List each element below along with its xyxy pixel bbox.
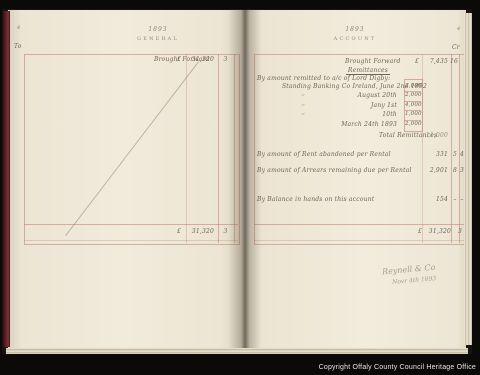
right-brought-forward-label: Brought Forward bbox=[345, 58, 401, 65]
ledger-book: 4 To 1893 GENERAL Brought Forward £ 31,3… bbox=[2, 9, 472, 354]
ledger-entry-pounds: 2,901 bbox=[420, 167, 448, 174]
right-total-currency: £ bbox=[418, 228, 422, 235]
agent-signature: Reynell & Co bbox=[382, 263, 436, 277]
right-folio-number: 4 bbox=[457, 26, 460, 32]
ditto-mark: 〃 bbox=[300, 93, 305, 99]
right-total-rule bbox=[254, 224, 465, 225]
total-remittances-amount: 11,000 bbox=[420, 132, 448, 139]
right-total-shillings: 3 bbox=[456, 228, 464, 235]
left-total-rule bbox=[24, 224, 238, 225]
ditto-mark: 〃 bbox=[300, 112, 305, 118]
left-brought-forward-currency: £ bbox=[177, 56, 181, 63]
remittance-entry-amount: 4,000 bbox=[405, 102, 419, 109]
right-brought-forward-shillings: 16 bbox=[449, 58, 459, 65]
left-total-pounds: 31,320 bbox=[184, 228, 214, 235]
remittance-entry-label: Jany 1st bbox=[336, 102, 397, 109]
right-margin-label: Cr bbox=[452, 44, 460, 51]
remittance-entry-amount: 2,000 bbox=[405, 83, 419, 90]
ditto-mark: 〃 bbox=[300, 103, 305, 109]
ledger-entry-label: By amount of Arrears remaining due per R… bbox=[257, 167, 412, 174]
left-brought-forward-shillings: 3 bbox=[219, 56, 232, 63]
ledger-page-left: 4 To 1893 GENERAL Brought Forward £ 31,3… bbox=[8, 10, 244, 348]
ledger-entry-label: By Balance in hands on this account bbox=[257, 196, 374, 203]
remittance-entry-amount: 1,000 bbox=[405, 111, 419, 118]
left-year-heading: 1893 bbox=[128, 26, 188, 33]
right-column-rule bbox=[451, 54, 452, 243]
remittances-intro: By amount remitted to a/c of Lord Digby: bbox=[257, 75, 390, 82]
ledger-page-right: 4 Cr 1893 ACCOUNT Brought Forward £ 7,43… bbox=[244, 10, 466, 348]
archival-photo: 4 To 1893 GENERAL Brought Forward £ 31,3… bbox=[0, 0, 480, 375]
right-section-heading: ACCOUNT bbox=[313, 36, 397, 42]
page-fore-edge bbox=[464, 13, 472, 345]
right-total-rule bbox=[254, 240, 465, 241]
remittance-entry-label: March 24th 1893 bbox=[334, 121, 397, 128]
left-margin-label: To bbox=[14, 43, 22, 50]
signature-date: Novr 4th 1893 bbox=[392, 275, 437, 286]
remittance-entry-label: August 20th bbox=[336, 92, 397, 99]
right-column-rule bbox=[459, 54, 460, 243]
remittance-entry-amount: 2,000 bbox=[405, 92, 419, 99]
copyright-notice: Copyright Offaly County Council Heritage… bbox=[319, 364, 476, 371]
left-total-shillings: 3 bbox=[219, 228, 232, 235]
left-total-rule bbox=[24, 240, 238, 241]
ledger-entry-pounds: 331 bbox=[420, 151, 448, 158]
right-total-pounds: 31,320 bbox=[423, 228, 451, 235]
remittances-heading: Remittances bbox=[346, 67, 390, 75]
ledger-entry-pounds: 154 bbox=[420, 196, 448, 203]
right-brought-forward-currency: £ bbox=[415, 58, 419, 65]
left-section-heading: GENERAL bbox=[116, 36, 200, 42]
left-folio-number: 4 bbox=[17, 25, 20, 31]
left-column-rule bbox=[218, 54, 219, 243]
remittance-entry-amount: 2,000 bbox=[405, 121, 419, 128]
right-year-heading: 1893 bbox=[335, 26, 375, 33]
page-bottom-edge bbox=[6, 348, 468, 354]
left-total-currency: £ bbox=[177, 228, 181, 235]
left-column-rule bbox=[186, 54, 187, 243]
remittance-entry-label: 10th bbox=[336, 111, 397, 118]
right-brought-forward-pounds: 7,435 bbox=[420, 58, 448, 65]
book-spine-edge bbox=[2, 11, 10, 347]
left-column-rule bbox=[234, 54, 235, 243]
ledger-entry-label: By amount of Rent abandoned per Rental bbox=[257, 151, 391, 158]
